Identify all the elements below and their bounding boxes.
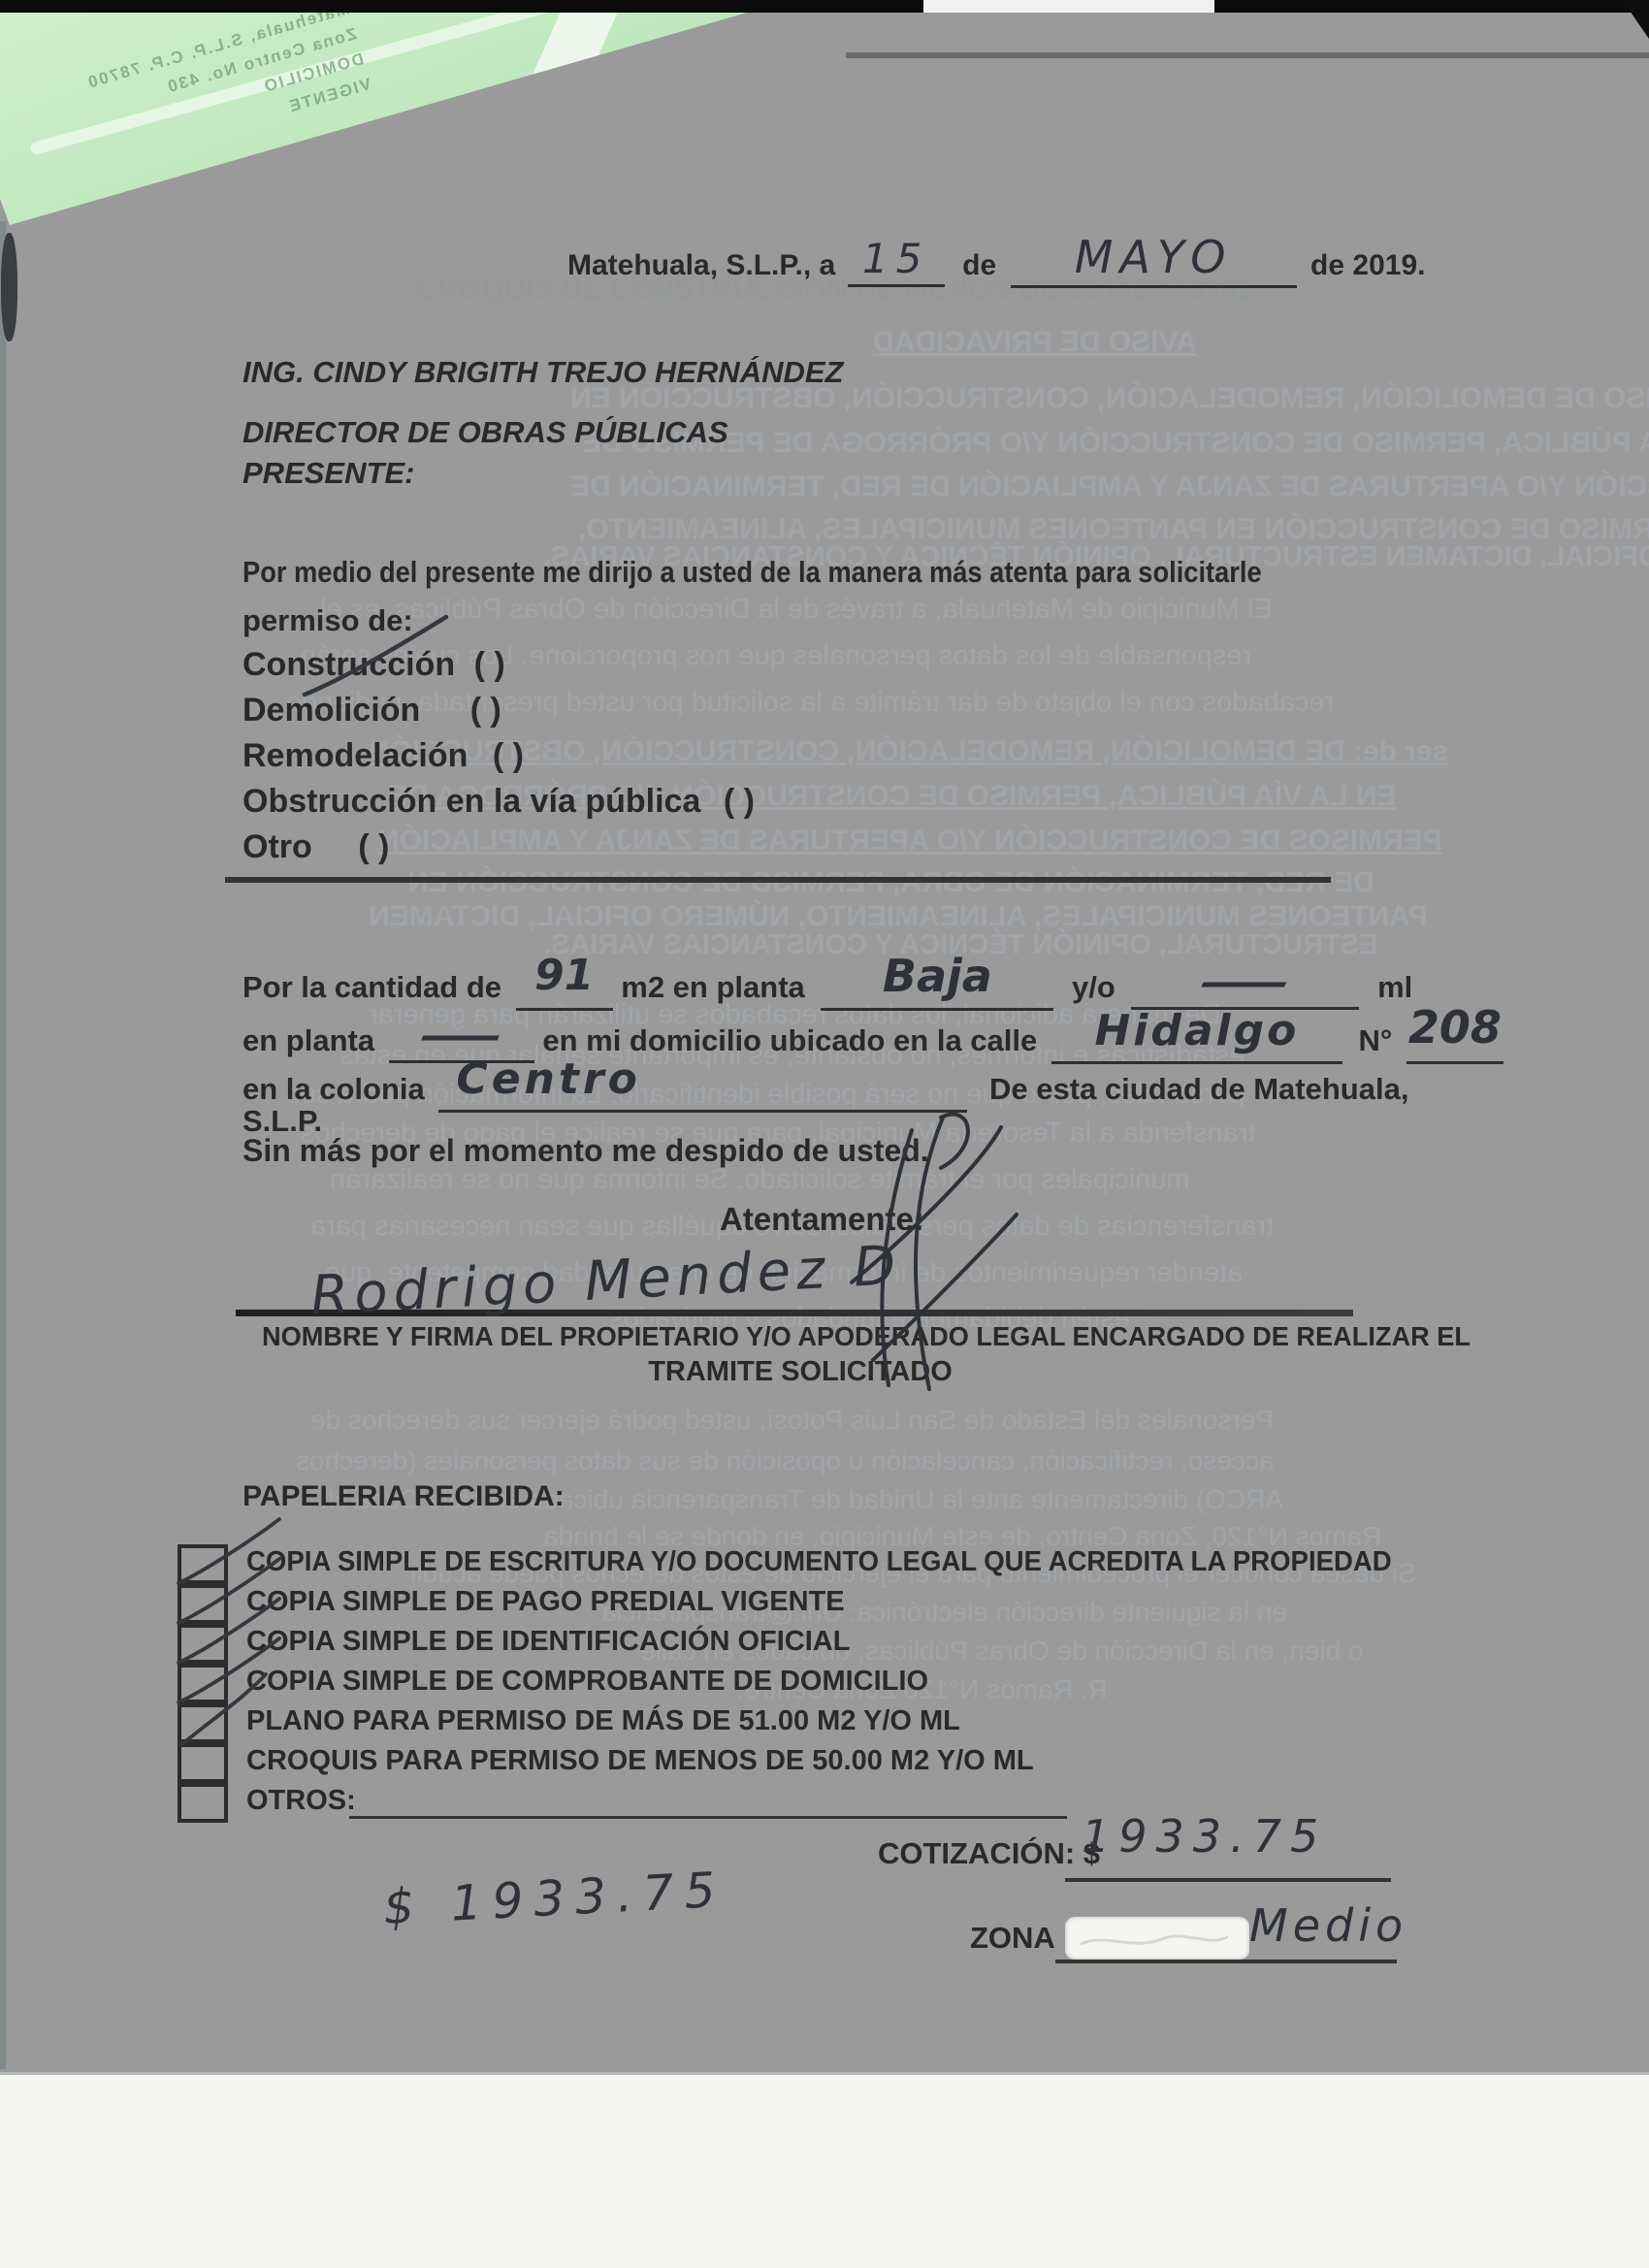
addressee-title: DIRECTOR DE OBRAS PÚBLICAS [242,415,728,450]
permit-option-parens: ( ) [724,783,755,820]
quantity-line-1: Por la cantidad de 91 m2 en planta Baja … [242,956,1412,1011]
date-month-value: MAYO [1075,231,1233,283]
addressee-present: PRESENTE: [242,456,414,491]
papeleria-item-label: OTROS: [246,1785,356,1817]
permit-option-label: Obstrucción en la vía pública [242,783,700,820]
bleed-line: El Municipio de Matehuala, a través de l… [320,594,1273,626]
permit-option-parens: ( ) [358,828,389,865]
papeleria-item-label: COPIA SIMPLE DE COMPROBANTE DE DOMICILIO [246,1666,928,1698]
paper-top-edge-line [846,52,1649,58]
scanner-top-bar [0,0,1649,13]
margin-amount-note: $ 1933.75 [382,1862,727,1935]
quantity-line-2: en planta — en mi domicilio ubicado en l… [242,1009,1503,1064]
scanner-bottom-area [0,2075,1649,2268]
date-day-field: 15 [848,237,945,287]
qty-m2-field: 91 [516,958,613,1011]
qty-text: y/o [1072,970,1115,1004]
scan-artifact [1,233,17,341]
date-de-label: de [962,249,996,281]
qty-text: m2 en planta [621,970,805,1004]
bleed-line: PERMISOS DE CONSTRUCCIÓN Y/O APERTURAS D… [378,825,1442,858]
quantity-line-3: en la colonia Centro De esta ciudad de M… [242,1060,1408,1113]
permit-option-obstruccion: Obstrucción en la vía pública ( ) [242,783,755,821]
qty-planta-value: Baja [883,950,992,1002]
permit-option-remodelacion: Remodelación ( ) [242,737,524,775]
date-day-value: 15 [862,235,929,282]
qty-text: N° [1359,1023,1393,1057]
calle-field: Hidalgo [1051,1012,1342,1064]
zona-label: ZONA [970,1921,1055,1956]
date-line: Matehuala, S.L.P., a 15 de MAYO de 2019. [567,233,1425,288]
qty-planta-field: Baja [821,956,1053,1011]
scanned-permit-form: CROQUIS DE CONSTRUCCIÓN DE MENOS DE 50 M… [0,0,1649,2268]
permit-option-label: Otro [242,828,312,865]
bleed-line: Personales del Estado de San Luis Potosí… [310,1405,1274,1436]
permit-option-label: Remodelación [242,737,468,774]
colonia-field: Centro [438,1060,967,1113]
planta-alta-value: — [419,1014,504,1058]
qty-text: Por la cantidad de [242,970,501,1004]
qty-text: en mi domicilio ubicado en la calle [542,1023,1037,1057]
qty-yo-field: — [1131,962,1359,1010]
papeleria-item-label: CROQUIS PARA PERMISO DE MENOS DE 50.00 M… [246,1745,1034,1777]
zona-value: Medio [1249,1899,1407,1952]
otros-blank-line [349,1816,1067,1819]
papeleria-item-label: COPIA SIMPLE DE PAGO PREDIAL VIGENTE [246,1586,845,1618]
bleed-line: DE RED, TERMINACIÓN DE OBRA, PERMISO DE … [407,866,1374,899]
permit-option-parens: ( ) [470,692,501,729]
date-year-label: de 2019. [1310,249,1425,281]
bleed-line: acceso, rectificación, cancelación u opo… [296,1445,1275,1476]
date-month-field: MAYO [1011,233,1297,288]
qty-m2-value: 91 [534,951,594,1000]
papeleria-item-label: COPIA SIMPLE DE ESCRITURA Y/O DOCUMENTO … [246,1546,1392,1578]
cotizacion-label: COTIZACIÓN: $ [878,1836,1100,1871]
cotizacion-value: 1933.75 [1082,1810,1327,1863]
permit-option-otro: Otro ( ) [242,828,389,866]
qty-text: De esta ciudad de Matehuala, [989,1072,1408,1106]
check-mark-icon [165,1672,291,1750]
numero-field: 208 [1406,1009,1503,1064]
green-paper-light-band [489,0,628,195]
scanner-top-gap [923,0,1214,13]
papeleria-item-label: COPIA SIMPLE DE IDENTIFICACIÓN OFICIAL [246,1626,850,1658]
colonia-value: Centro [456,1054,640,1104]
signature-flourish [795,1106,1048,1397]
intro-line-1: Por medio del presente me dirijo a usted… [242,555,1262,590]
qty-text: en planta [242,1023,374,1057]
checkbox [178,1783,228,1823]
zona-line [1055,1960,1397,1963]
numero-value: 208 [1408,1001,1502,1053]
papeleria-item-label: PLANO PARA PERMISO DE MÁS DE 51.00 M2 Y/… [246,1705,960,1737]
bleed-line: ser de: DE DEMOLICIÓN, REMODELACIÓN, CON… [369,735,1448,768]
permit-option-parens: ( ) [493,737,524,774]
bleed-line: LA VÍA PÚBLICA, PERMISO DE CONSTRUCCIÓN … [582,427,1649,460]
bleed-aviso-title: AVISO DE PRIVACIDAD [873,326,1197,359]
paper-bottom-edge [0,2072,1649,2075]
cotizacion-line [1065,1878,1391,1882]
bleed-line: CONSTRUCCIÓN Y/O APERTURAS DE ZANJA Y AM… [570,470,1649,503]
papeleria-title: PAPELERIA RECIBIDA: [242,1480,565,1513]
permit-option-parens: ( ) [474,646,505,683]
scribble-remnant [1077,1925,1232,1958]
calle-value: Hidalgo [1094,1006,1299,1055]
blank-line-otro [225,877,1331,883]
paper-left-edge [0,221,6,2069]
check-mark-icon [291,613,456,702]
qty-text: ml [1377,970,1412,1004]
qty-text: en la colonia [242,1072,425,1106]
bleed-line: PANTEONES MUNICIPALES, ALINEAMIENTO, NÚM… [369,900,1428,933]
qty-yo-value: — [1199,960,1292,1005]
addressee-name: ING. CINDY BRIGITH TREJO HERNÁNDEZ [242,355,843,390]
date-city-label: Matehuala, S.L.P., a [567,249,835,281]
